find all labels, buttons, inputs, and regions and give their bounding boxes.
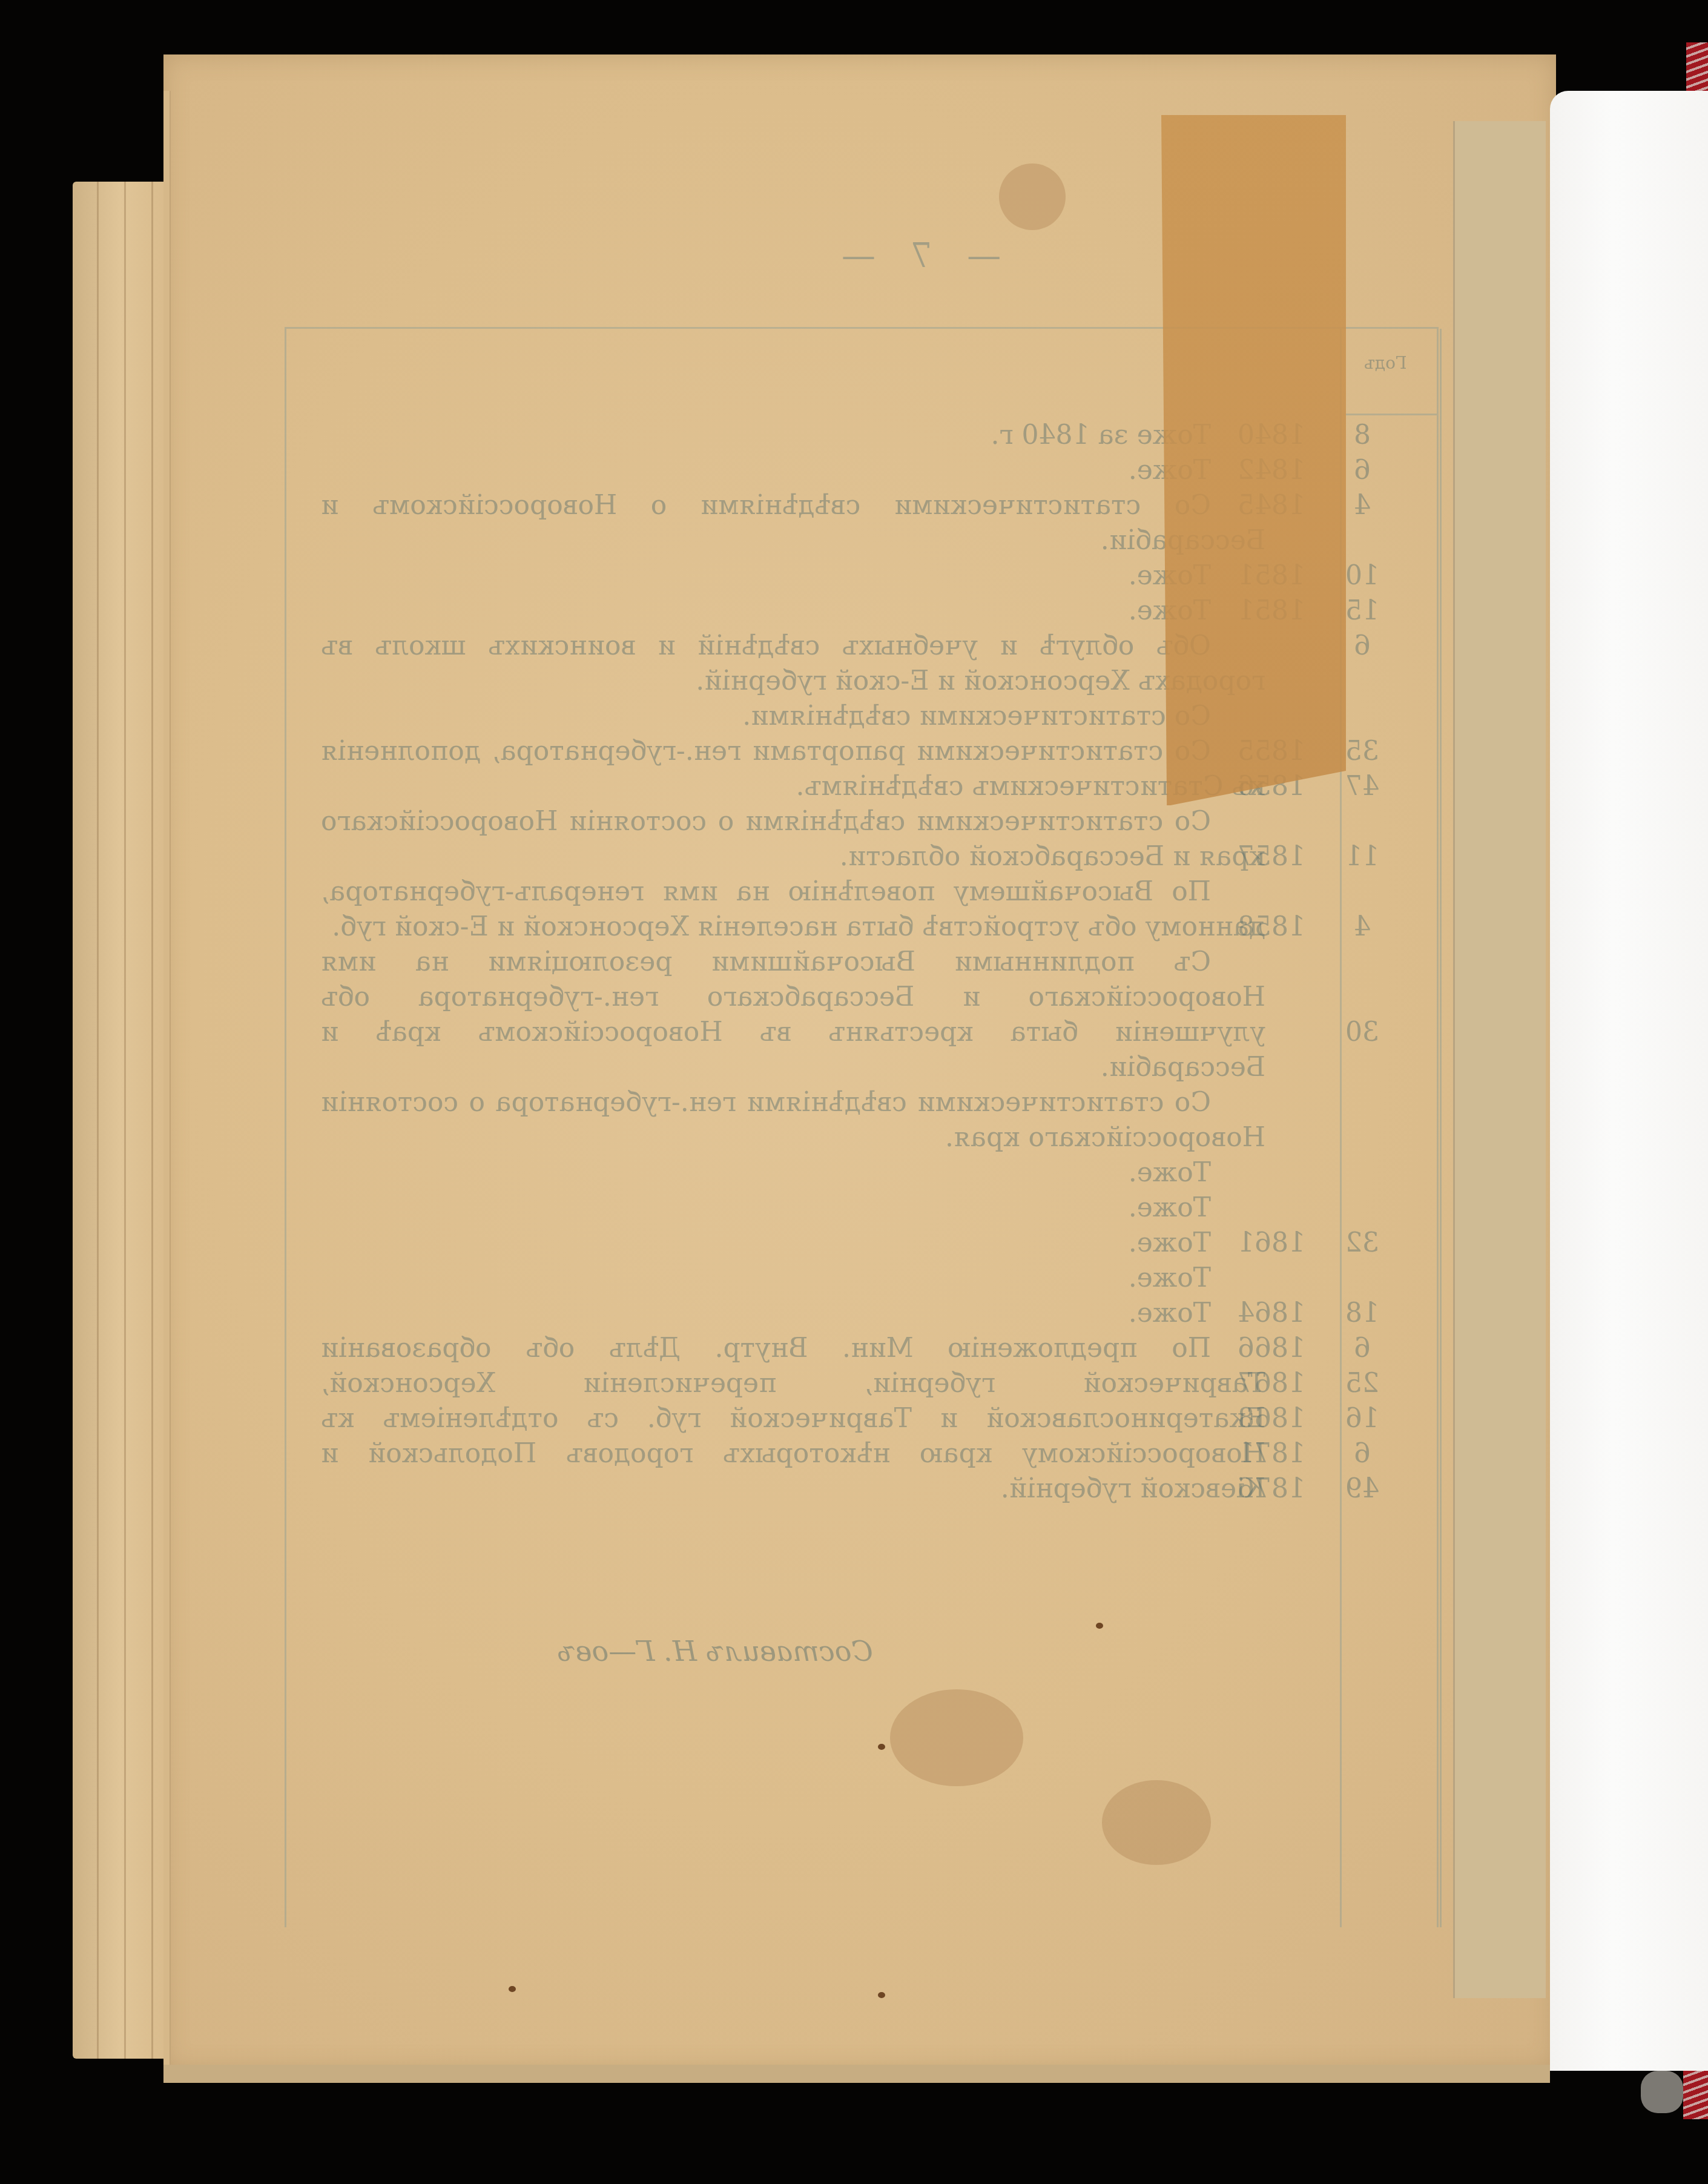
ink-spot [878,1992,885,1998]
year-cell [1226,1015,1317,1050]
year-cell: 1876 [1226,1471,1317,1506]
entry: Тоже. [321,1296,1265,1331]
number-cell [1326,1120,1399,1155]
year-cell [1226,1050,1317,1085]
entry: Съ подлинными Высочайшими резолюціями на… [321,945,1265,1085]
white-interleaf-sheet [1550,91,1708,2071]
header-year: Годъ [1364,353,1406,373]
entry: Тоже. [321,1190,1265,1226]
entry: Тоже. [321,1155,1265,1190]
year-cell: 1867 [1226,1366,1317,1401]
entry: Со статистическими свѣдѣніями о состояні… [321,804,1265,874]
number-cell: 47 [1326,769,1399,804]
entry: Тоже. [321,558,1265,593]
year-cell: 1868 [1226,1401,1317,1436]
column-divider [1440,329,1442,1927]
ink-spot [1096,1623,1103,1629]
year-cell: 1864 [1226,1296,1317,1331]
entry: По Высочайшему повелѣнію на имя генералъ… [321,874,1265,945]
number-cell: 4 [1326,909,1399,945]
ink-spot [509,1986,516,1992]
year-cell [1226,804,1317,839]
entry: Со статистическими свѣдѣніями. [321,699,1265,734]
entry: Тоже за 1840 г. [321,418,1265,453]
number-cell [1326,1050,1399,1085]
signature: Составилъ Н. Г—овъ [557,1635,873,1668]
book-page: — 7 — Годъ №№ Тоже за 1840 г. Тоже. Со с… [163,54,1556,2071]
number-cell: 6 [1326,1436,1399,1471]
year-cell [1226,1085,1317,1120]
number-cell [1326,1261,1399,1296]
year-cell: 1861 [1226,1226,1317,1261]
year-cell [1226,1155,1317,1190]
year-cell [1226,1261,1317,1296]
year-cell [1226,1120,1317,1155]
page-bottom-edge [163,2065,1550,2083]
year-cell: 1858 [1226,909,1317,945]
number-cell [1326,945,1399,980]
year-cell: 1871 [1226,1436,1317,1471]
number-cell [1326,874,1399,909]
year-cell [1226,945,1317,980]
stain [890,1689,1023,1786]
number-cell [1326,1190,1399,1226]
entry: Тоже. [321,1226,1265,1261]
adhesive-tape-strip [1161,115,1346,805]
stain [999,163,1066,230]
entry: Со статистическими рапортами ген.-губерн… [321,734,1265,804]
number-cell [1326,1155,1399,1190]
red-binding-top [1686,42,1708,91]
number-cell: 32 [1326,1226,1399,1261]
page-number: — 7 — [829,236,1001,275]
year-cell: 1857 [1226,839,1317,874]
entry: Тоже. [321,1261,1265,1296]
header-rule [1346,414,1437,415]
number-cell: 6 [1326,1331,1399,1366]
number-cell: 49 [1326,1471,1399,1506]
entry: По предложенію Мин. Внутр. Дѣлъ объ обра… [321,1331,1265,1506]
number-cell: 11 [1326,839,1399,874]
frayed-binding [1641,2071,1683,2113]
number-cell [1326,804,1399,839]
stain [1102,1780,1211,1865]
number-cell [1326,1085,1399,1120]
number-cell [1326,980,1399,1015]
entries-text: Тоже за 1840 г. Тоже. Со статистическими… [321,418,1265,1506]
red-binding-bottom [1683,2071,1708,2119]
year-cell: 1866 [1226,1331,1317,1366]
ink-spot [878,1744,885,1750]
entry: Со статистическими свѣдѣніями ген.-губер… [321,1085,1265,1155]
number-cell: 18 [1326,1296,1399,1331]
entry: Тоже. [321,453,1265,488]
gutter-strip [1453,121,1546,1998]
page-margin-edge [163,91,171,2065]
entry: Тоже. [321,593,1265,628]
year-cell [1226,874,1317,909]
year-cell [1226,980,1317,1015]
number-cell: 16 [1326,1401,1399,1436]
number-cell: 30 [1326,1015,1399,1050]
year-cell [1226,1190,1317,1226]
number-cell: 25 [1326,1366,1399,1401]
entry: Объ облугѣ и учебныхъ свѣдѣній и воински… [321,628,1265,699]
entry: Со статистическими свѣдѣніями о Новоросс… [321,488,1265,558]
